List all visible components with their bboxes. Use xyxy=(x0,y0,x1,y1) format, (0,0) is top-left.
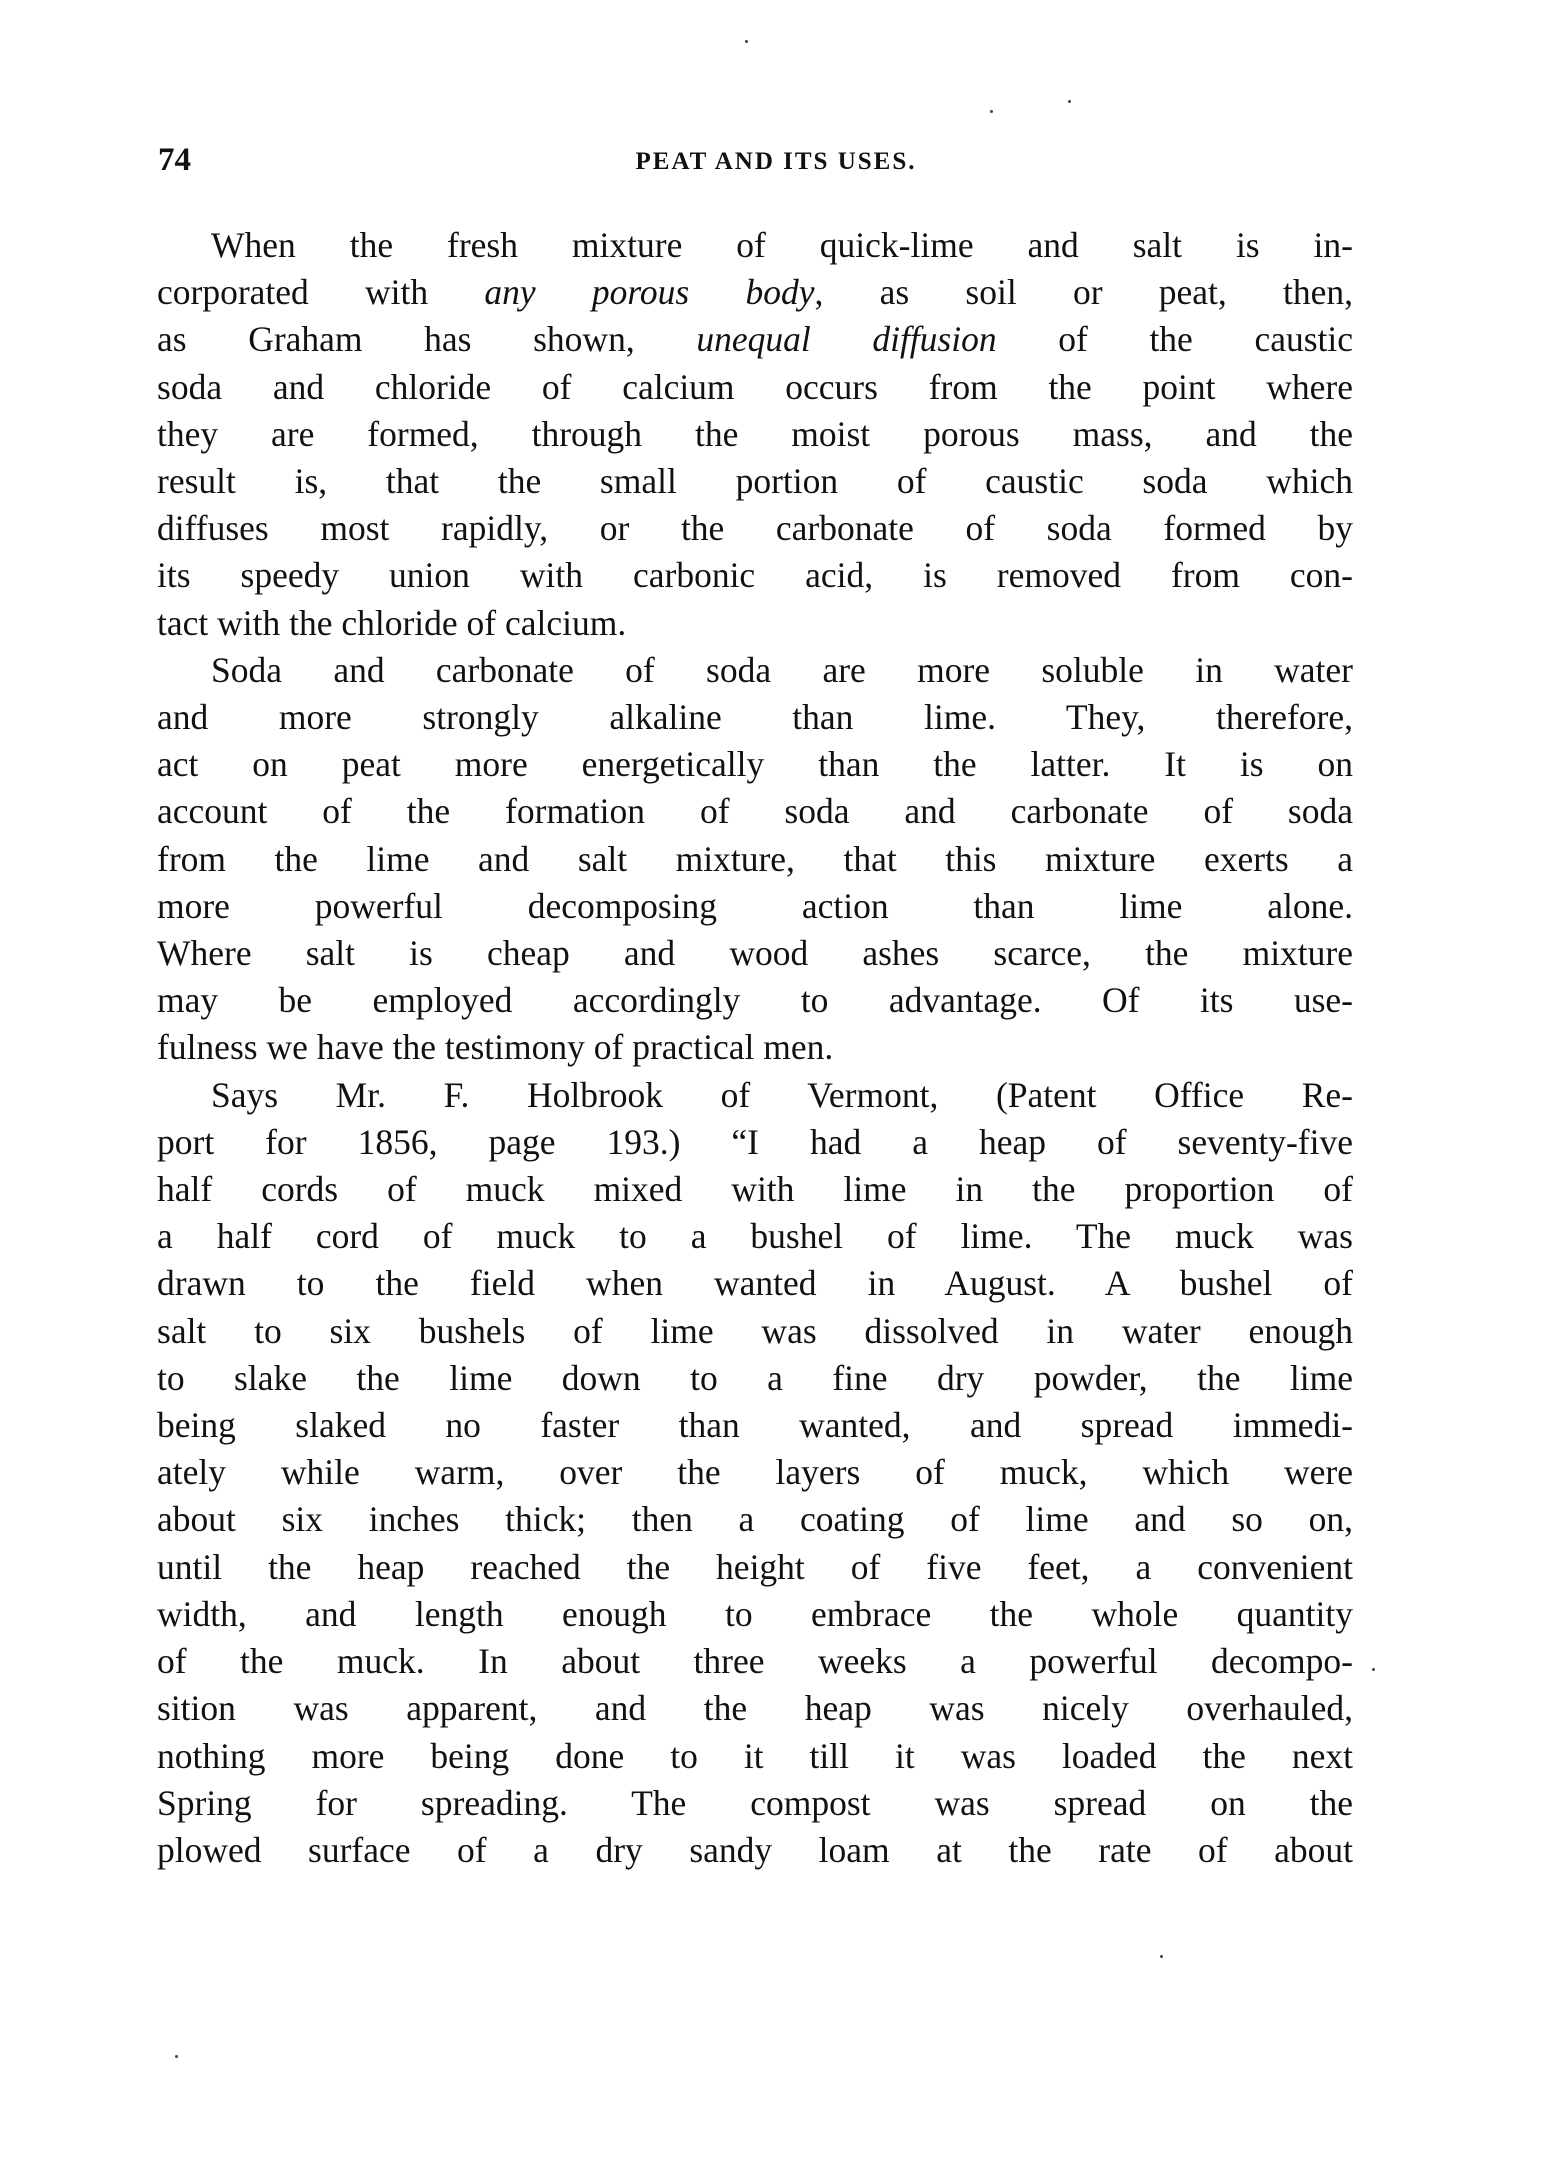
text-line: Says Mr. F. Holbrook of Vermont, (Patent… xyxy=(157,1072,1353,1119)
text-line: sition was apparent, and the heap was ni… xyxy=(157,1685,1353,1732)
text-line: of the muck. In about three weeks a powe… xyxy=(157,1638,1353,1685)
scan-speck xyxy=(1372,1668,1375,1671)
text-run: diffuses most rapidly, or the carbonate … xyxy=(157,508,1353,548)
text-run: width, and length enough to embrace the … xyxy=(157,1594,1353,1634)
text-line: Where salt is cheap and wood ashes scarc… xyxy=(157,930,1353,977)
body-text: When the fresh mixture of quick-lime and… xyxy=(157,222,1353,1874)
text-line: account of the formation of soda and car… xyxy=(157,788,1353,835)
text-run: act on peat more energetically than the … xyxy=(157,744,1353,784)
text-line: Spring for spreading. The compost was sp… xyxy=(157,1780,1353,1827)
text-line: ately while warm, over the layers of muc… xyxy=(157,1449,1353,1496)
text-run: , as soil or peat, then, xyxy=(814,272,1353,312)
running-head: 74 PEAT AND ITS USES. xyxy=(158,140,1354,180)
text-run: Soda and carbonate of soda are more solu… xyxy=(211,650,1353,690)
text-line: nothing more being done to it till it wa… xyxy=(157,1733,1353,1780)
text-run: until the heap reached the height of fiv… xyxy=(157,1547,1353,1587)
text-run: to slake the lime down to a fine dry pow… xyxy=(157,1358,1353,1398)
text-run: fulness we have the testimony of practic… xyxy=(157,1027,833,1067)
text-run: a half cord of muck to a bushel of lime.… xyxy=(157,1216,1353,1256)
text-line: act on peat more energetically than the … xyxy=(157,741,1353,788)
text-line: being slaked no faster than wanted, and … xyxy=(157,1402,1353,1449)
text-run: plowed surface of a dry sandy loam at th… xyxy=(157,1830,1353,1870)
text-run: they are formed, through the moist porou… xyxy=(157,414,1353,454)
text-line: until the heap reached the height of fiv… xyxy=(157,1544,1353,1591)
text-line: from the lime and salt mixture, that thi… xyxy=(157,836,1353,883)
text-run: tact with the chloride of calcium. xyxy=(157,603,626,643)
text-run: Spring for spreading. The compost was sp… xyxy=(157,1783,1353,1823)
text-run: salt to six bushels of lime was dissolve… xyxy=(157,1311,1353,1351)
text-run: of the caustic xyxy=(997,319,1353,359)
text-line: port for 1856, page 193.) “I had a heap … xyxy=(157,1119,1353,1166)
text-line: soda and chloride of calcium occurs from… xyxy=(157,364,1353,411)
scan-speck xyxy=(1160,1955,1163,1958)
scan-speck xyxy=(990,110,993,113)
text-line: salt to six bushels of lime was dissolve… xyxy=(157,1308,1353,1355)
text-line: a half cord of muck to a bushel of lime.… xyxy=(157,1213,1353,1260)
text-run: its speedy union with carbonic acid, is … xyxy=(157,555,1353,595)
italic-phrase: any porous body xyxy=(484,272,814,312)
text-run: Says Mr. F. Holbrook of Vermont, (Patent… xyxy=(211,1075,1353,1115)
text-run: may be employed accordingly to advantage… xyxy=(157,980,1353,1020)
text-line: they are formed, through the moist porou… xyxy=(157,411,1353,458)
text-run: port for 1856, page 193.) “I had a heap … xyxy=(157,1122,1353,1162)
text-line: tact with the chloride of calcium. xyxy=(157,600,1353,647)
paragraph-holbrook-testimony: Says Mr. F. Holbrook of Vermont, (Patent… xyxy=(157,1072,1353,1874)
paragraph-diffusion: When the fresh mixture of quick-lime and… xyxy=(157,222,1353,647)
paragraph-soda-solubility: Soda and carbonate of soda are more solu… xyxy=(157,647,1353,1072)
text-run: sition was apparent, and the heap was ni… xyxy=(157,1688,1353,1728)
text-line: corporated with any porous body, as soil… xyxy=(157,269,1353,316)
scan-speck xyxy=(175,2055,178,2058)
text-run: more powerful decomposing action than li… xyxy=(157,886,1353,926)
text-line: and more strongly alkaline than lime. Th… xyxy=(157,694,1353,741)
text-run: as Graham has shown, xyxy=(157,319,696,359)
text-line: When the fresh mixture of quick-lime and… xyxy=(157,222,1353,269)
text-line: drawn to the field when wanted in August… xyxy=(157,1260,1353,1307)
text-run: result is, that the small portion of cau… xyxy=(157,461,1353,501)
text-run: about six inches thick; then a coating o… xyxy=(157,1499,1353,1539)
italic-phrase: unequal diffusion xyxy=(696,319,996,359)
text-line: width, and length enough to embrace the … xyxy=(157,1591,1353,1638)
scan-speck xyxy=(745,40,748,43)
text-run: nothing more being done to it till it wa… xyxy=(157,1736,1353,1776)
text-line: to slake the lime down to a fine dry pow… xyxy=(157,1355,1353,1402)
text-line: plowed surface of a dry sandy loam at th… xyxy=(157,1827,1353,1874)
scan-speck xyxy=(1068,100,1071,103)
text-run: Where salt is cheap and wood ashes scarc… xyxy=(157,933,1353,973)
running-head-title: PEAT AND ITS USES. xyxy=(158,142,1354,182)
text-line: fulness we have the testimony of practic… xyxy=(157,1024,1353,1071)
text-run: drawn to the field when wanted in August… xyxy=(157,1263,1353,1303)
text-run: being slaked no faster than wanted, and … xyxy=(157,1405,1353,1445)
text-line: more powerful decomposing action than li… xyxy=(157,883,1353,930)
text-run: soda and chloride of calcium occurs from… xyxy=(157,367,1353,407)
text-line: Soda and carbonate of soda are more solu… xyxy=(157,647,1353,694)
book-page: 74 PEAT AND ITS USES. When the fresh mix… xyxy=(0,0,1546,2181)
text-run: half cords of muck mixed with lime in th… xyxy=(157,1169,1353,1209)
text-run: When the fresh mixture of quick-lime and… xyxy=(211,225,1353,265)
text-run: corporated with xyxy=(157,272,484,312)
text-line: half cords of muck mixed with lime in th… xyxy=(157,1166,1353,1213)
text-line: as Graham has shown, unequal diffusion o… xyxy=(157,316,1353,363)
text-run: account of the formation of soda and car… xyxy=(157,791,1353,831)
text-line: result is, that the small portion of cau… xyxy=(157,458,1353,505)
text-run: from the lime and salt mixture, that thi… xyxy=(157,839,1353,879)
text-line: its speedy union with carbonic acid, is … xyxy=(157,552,1353,599)
text-line: about six inches thick; then a coating o… xyxy=(157,1496,1353,1543)
text-line: may be employed accordingly to advantage… xyxy=(157,977,1353,1024)
text-run: and more strongly alkaline than lime. Th… xyxy=(157,697,1353,737)
text-line: diffuses most rapidly, or the carbonate … xyxy=(157,505,1353,552)
text-run: ately while warm, over the layers of muc… xyxy=(157,1452,1353,1492)
text-run: of the muck. In about three weeks a powe… xyxy=(157,1641,1353,1681)
